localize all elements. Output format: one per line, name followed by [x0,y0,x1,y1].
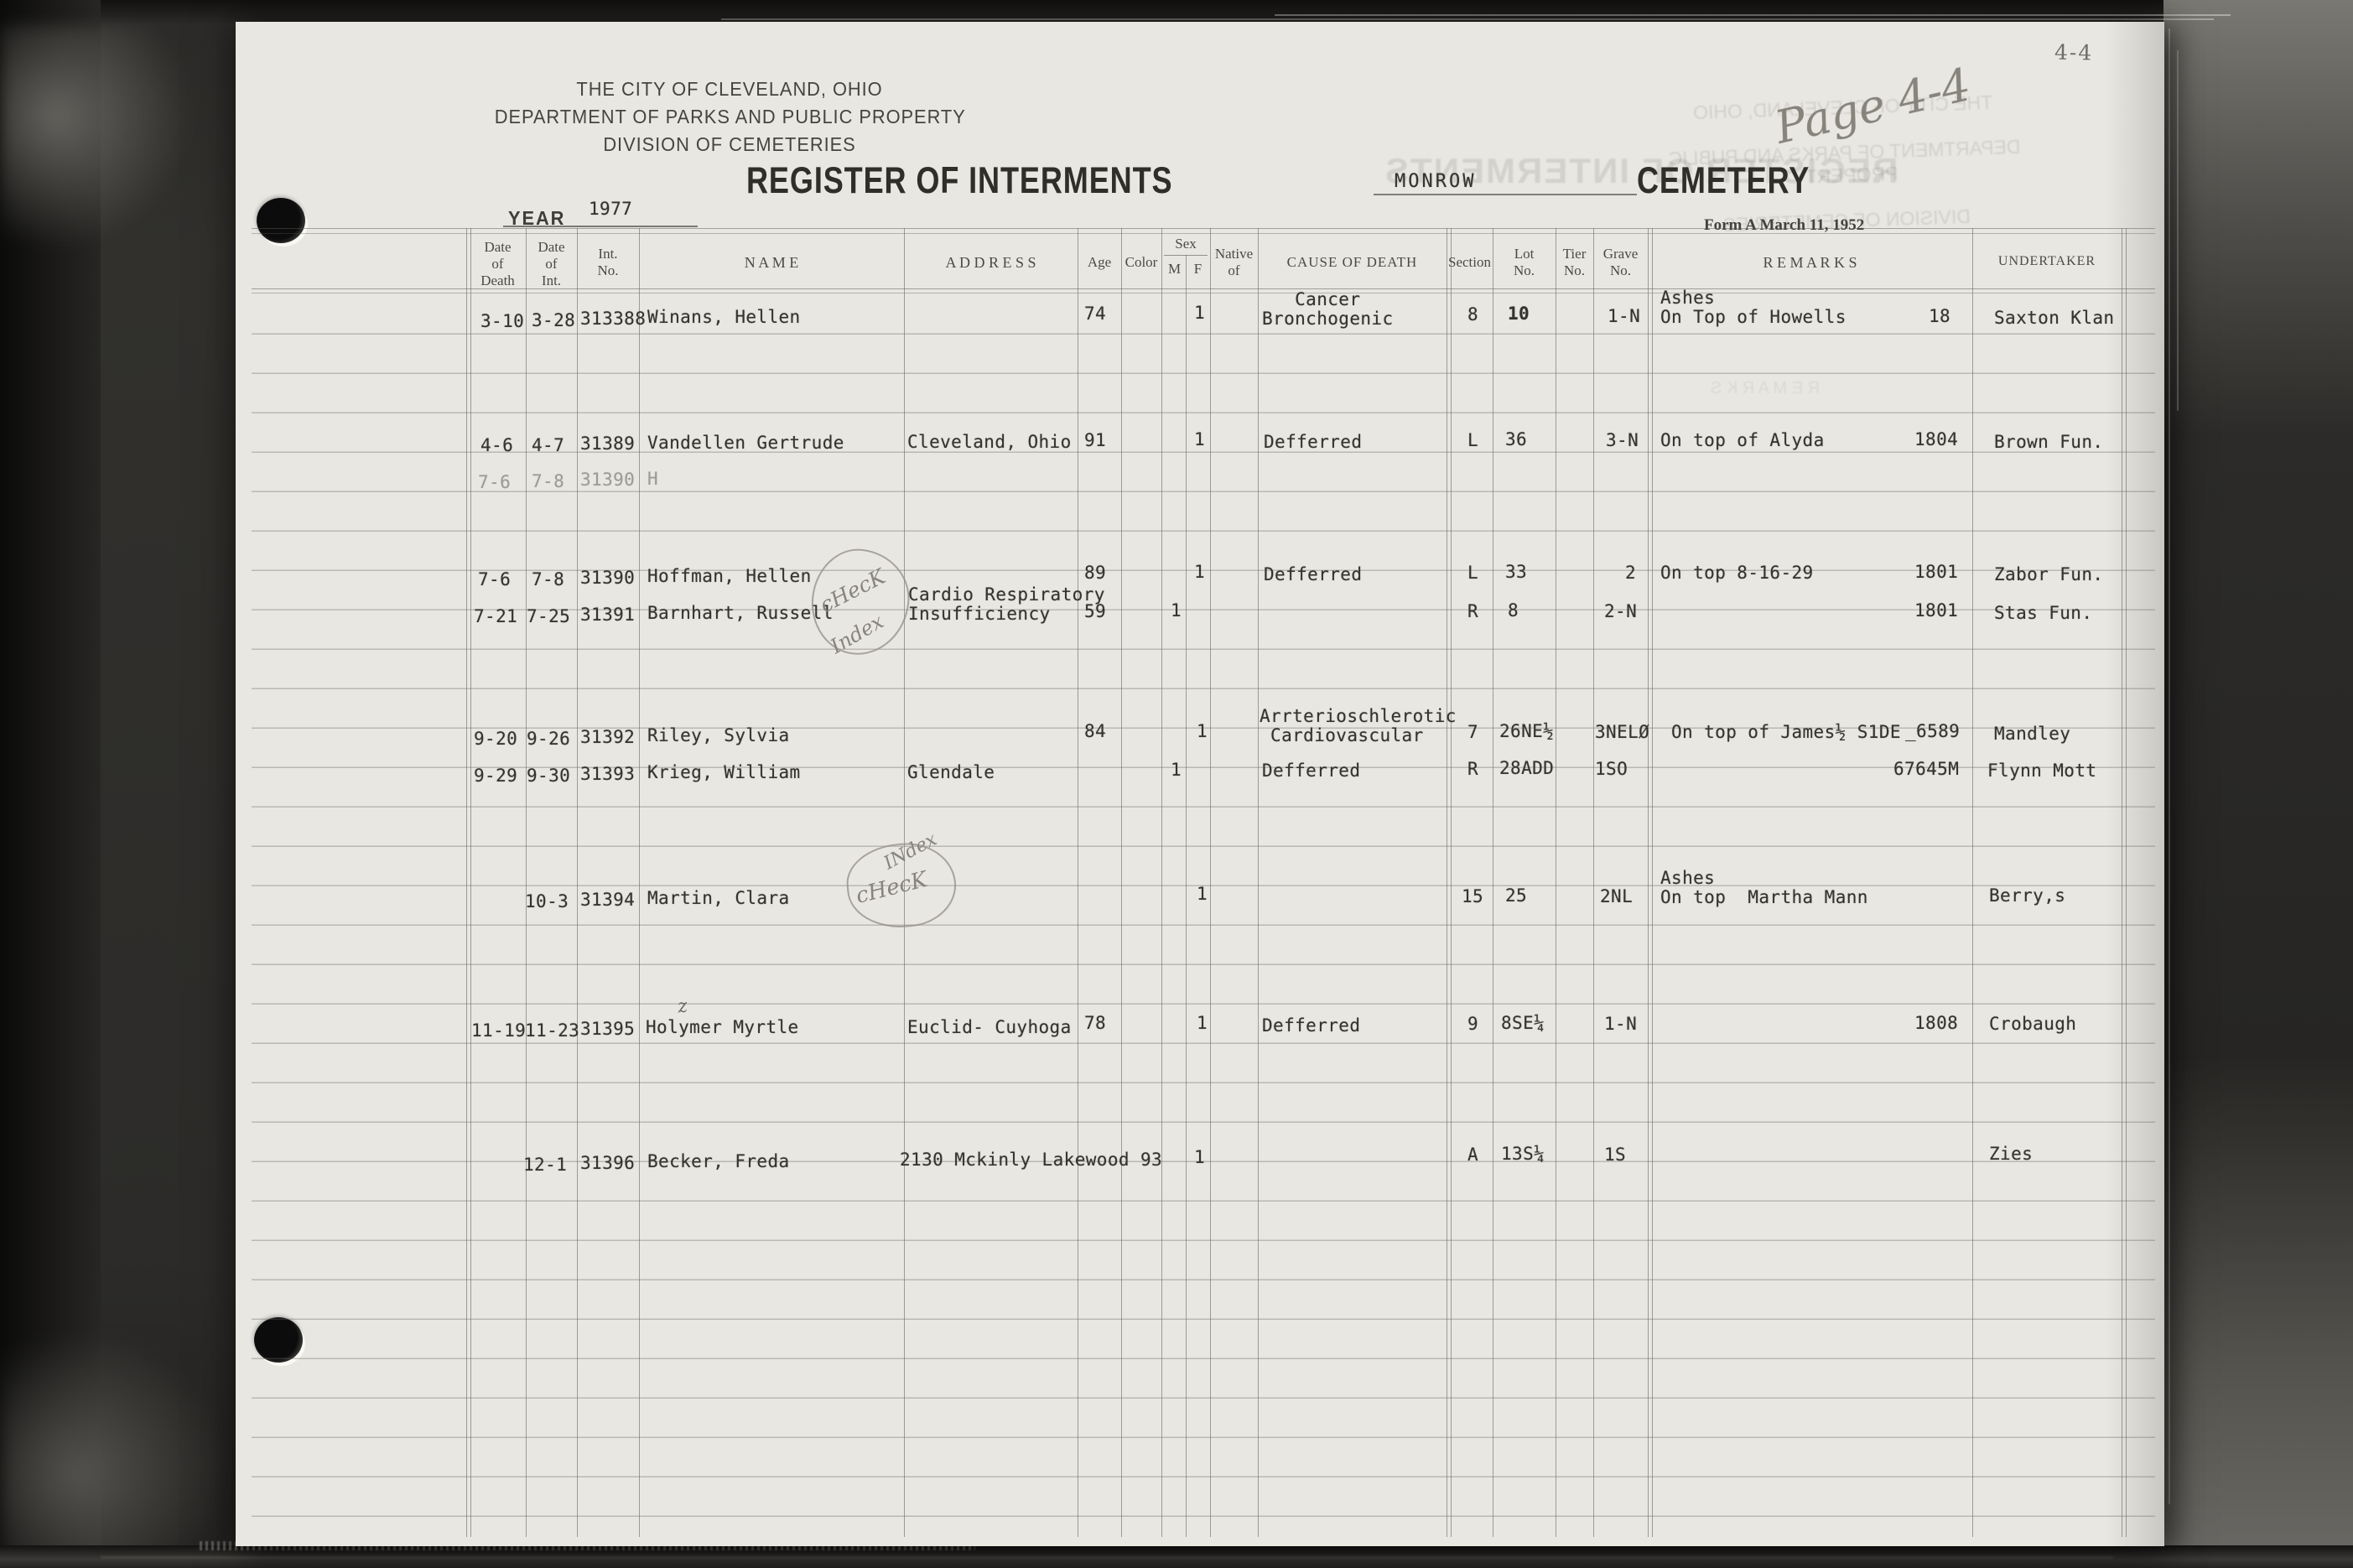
cell-cause: Defferred [1262,1016,1360,1036]
cell-date-of-death: 11-19 [471,1021,526,1041]
cell-section: L [1467,563,1478,583]
cell-remarks-no: 1808 [1914,1014,1958,1033]
cell-remarks-no: _6589 [1905,722,1960,741]
cell-grave: 1-N [1608,307,1640,326]
cell-remarks: Ashes On top Martha Mann [1660,869,1868,907]
cell-remarks-no: 67645M [1893,760,1959,779]
year-underline [503,226,698,227]
cemetery-underline [1374,194,1637,195]
cell-name: Becker, Freda [647,1152,790,1171]
cell-section: 9 [1467,1015,1478,1034]
cell-int-no: 31396 [580,1154,635,1173]
binder-left-edge [0,0,101,1568]
cell-int-no: 31392 [580,728,635,747]
cell-int-no: 31394 [580,890,635,910]
sheet-edge-top-2 [721,18,2214,20]
cell-age: 78 [1084,1014,1106,1033]
cell-sex-f: 1 [1194,304,1205,323]
col-header-grave-no: Grave No. [1593,246,1648,279]
cell-undertaker: Crobaugh [1989,1015,2076,1034]
cell-undertaker: Berry,s [1989,886,2065,906]
cell-section: R [1467,760,1478,779]
cell-remarks-no: 1801 [1914,563,1958,582]
grid-line [252,293,2155,293]
cell-int-no: 31395 [580,1020,635,1039]
col-header-lot-no: Lot No. [1493,246,1556,279]
cell-cause: Cancer Bronchogenic [1262,290,1394,329]
cell-sex-f: 1 [1194,563,1205,582]
sheet-edge-right-2 [2177,50,2179,411]
cell-date-of-death: 4-6 [480,436,513,455]
grid-line [252,228,2155,229]
cell-sex-f: 1 [1194,1148,1205,1167]
cell-date-of-int: 12-1 [523,1155,567,1175]
col-header-sex-f: F [1187,261,1209,278]
col-header-sex-m: M [1163,261,1186,278]
cell-grave: 3NELØ [1595,723,1649,742]
cell-name: Riley, Sylvia [647,726,790,745]
cell-date-of-int: 9-30 [527,766,570,786]
sheet-edge-top-1 [1275,14,2231,16]
cell-lot: 36 [1505,430,1527,449]
cell-name: Martin, Clara [647,889,790,908]
cell-name: Vandellen Gertrude [647,434,844,453]
sheet-edge-right-1 [2169,29,2170,1504]
cell-date-of-int: 11-23 [525,1021,579,1041]
cell-age: 74 [1084,304,1106,324]
col-header-tier-no: Tier No. [1556,246,1593,279]
cell-undertaker: Mandley [1994,724,2070,744]
cell-sex-f: 1 [1197,722,1208,741]
cell-age: 59 [1084,602,1106,621]
cell-remarks-no: 1801 [1914,601,1958,620]
col-header-date-of-death: Date of Death [470,239,526,289]
col-header-color: Color [1121,254,1161,271]
cell-section: 15 [1462,887,1483,906]
cell-remarks: Ashes On Top of Howells [1660,288,1847,327]
cell-remarks: On top 8-16-29 [1660,563,1814,583]
cell-address: Cardio Respiratory Insufficiency [908,585,1105,624]
cell-cause: Defferred [1262,761,1360,781]
cell-grave: 1-N [1604,1015,1637,1034]
cemetery-label: CEMETERY [1637,159,1810,202]
col-header-remarks: R E M A R K S [1648,254,1972,272]
binder-top-left-highlight [0,25,193,252]
org-line-1: THE CITY OF CLEVELAND, OHIO [495,78,965,101]
cell-lot: 13S¼ [1501,1145,1545,1164]
cell-age: 84 [1084,722,1106,741]
cell-address: Euclid- Cuyhoga [907,1018,1072,1037]
col-header-age: Age [1078,254,1121,271]
cell-int-no: 31391 [580,605,635,625]
cell-age: 91 [1084,431,1106,450]
cell-cause: Arrterioschlerotic Cardiovascular [1260,707,1457,745]
corner-page-number: 4-4 [2054,40,2094,65]
cell-name: Holymer Myrtle [646,1018,799,1037]
cell-section: L [1467,431,1478,450]
cell-date-of-int: 7-8 [532,472,564,491]
cell-age: 89 [1084,563,1106,583]
cell-sex-f: 1 [1197,1014,1208,1033]
cell-cause: Defferred [1264,565,1362,584]
cell-section: 8 [1467,305,1478,325]
cell-lot: 10 [1508,304,1530,324]
cell-int-no: 31393 [580,765,635,784]
form-note: Form A March 11, 1952 [1704,216,1864,235]
cell-remarks: On top of Alyda [1660,431,1825,450]
cell-undertaker: Brown Fun. [1994,433,2103,452]
cell-date-of-int: 3-28 [532,311,575,330]
year-value: 1977 [589,200,632,219]
cell-lot: 28ADD [1499,759,1554,778]
cell-date-of-death: 3-10 [480,312,524,331]
cell-date-of-int: 7-25 [527,607,570,626]
col-header-name: N A M E [639,254,904,272]
cell-lot: 8 [1508,601,1519,620]
cell-grave: 2 [1625,563,1636,583]
cell-lot: 33 [1505,563,1527,582]
cell-int-no: 31390 [580,470,635,490]
col-header-undertaker: UNDERTAKER [1972,254,2122,270]
cell-section: 7 [1467,723,1478,742]
cell-name: Barnhart, Russell [647,604,834,623]
org-line-2: DEPARTMENT OF PARKS AND PUBLIC PROPERTY [495,106,965,128]
grid-line [252,233,2155,234]
cell-grave: 3-N [1606,431,1639,450]
cell-section: R [1467,602,1478,621]
cell-int-no: 31390 [580,569,635,588]
binder-right-edge [2163,0,2353,1568]
binder-bottom-left-highlight [0,1333,226,1568]
cell-cause: Defferred [1264,433,1362,452]
col-header-int-no: Int. No. [577,246,639,279]
cell-date-of-int: 10-3 [525,892,569,911]
cell-section: A [1467,1145,1478,1165]
cell-sex-m: 1 [1171,601,1182,620]
cell-date-of-death: 7-21 [474,607,517,626]
cell-sex-f: 1 [1197,885,1208,904]
org-line-3: DIVISION OF CEMETERIES [495,133,965,156]
page-title: REGISTER OF INTERMENTS [746,159,1172,202]
cell-undertaker: Stas Fun. [1994,604,2092,623]
col-header-address: A D D R E S S [904,254,1078,272]
cell-grave: 1SO [1595,760,1628,779]
cell-date-of-death: 9-29 [474,766,517,786]
cell-name: Hoffman, Hellen [647,567,812,586]
scanned-register-page: THE CITY OF CLEVELAND, OHIO DEPARTMENT O… [0,0,2353,1568]
cell-address: Cleveland, Ohio [907,433,1072,452]
cell-address: Glendale [907,763,995,782]
cell-lot: 26NE½ [1499,722,1554,741]
cell-undertaker: Flynn Mott [1987,761,2096,781]
cell-grave: 1S [1604,1145,1626,1165]
cell-grave: 2NL [1600,887,1633,906]
punch-hole-top [257,198,305,243]
cell-grave: 2-N [1604,602,1637,621]
cell-undertaker: Zabor Fun. [1994,565,2103,584]
cell-undertaker: Zies [1989,1145,2033,1164]
cell-sex-f: 1 [1194,430,1205,449]
cell-remarks-no: 18 [1929,307,1950,326]
col-header-cause-of-death: CAUSE OF DEATH [1258,254,1447,271]
cell-date-of-int: 4-7 [532,436,564,455]
binder-bottom-highlight [101,1556,2113,1559]
cell-name: H [647,470,658,489]
col-header-date-of-int: Date of Int. [526,239,577,289]
col-header-section: Section [1447,254,1493,271]
cell-name: Krieg, William [647,763,801,782]
cell-sex-m: 1 [1171,761,1182,780]
col-header-native-of: Native of [1210,246,1258,279]
cell-address: 2130 Mckinly Lakewood 93 [900,1150,1162,1170]
cell-int-no: 31389 [580,434,635,454]
cell-date-of-death: 9-20 [474,729,517,749]
cell-date-of-death: 7-6 [478,570,511,589]
cell-lot: 25 [1505,886,1527,906]
cell-remarks: On top of James½ S1DE [1671,723,1901,742]
cell-remarks-no: 1804 [1914,430,1958,449]
cell-date-of-int: 9-26 [527,729,570,749]
cell-name: Winans, Hellen [647,308,801,327]
cell-lot: 8SE¼ [1501,1014,1545,1033]
cell-date-of-death: 7-6 [478,473,511,492]
cell-date-of-int: 7-8 [532,570,564,589]
col-header-sex: Sex [1161,236,1210,252]
cemetery-name-value: MONROW [1395,172,1476,191]
cell-int-no: 313388 [580,309,646,329]
cell-undertaker: Saxton Klan [1994,309,2114,328]
